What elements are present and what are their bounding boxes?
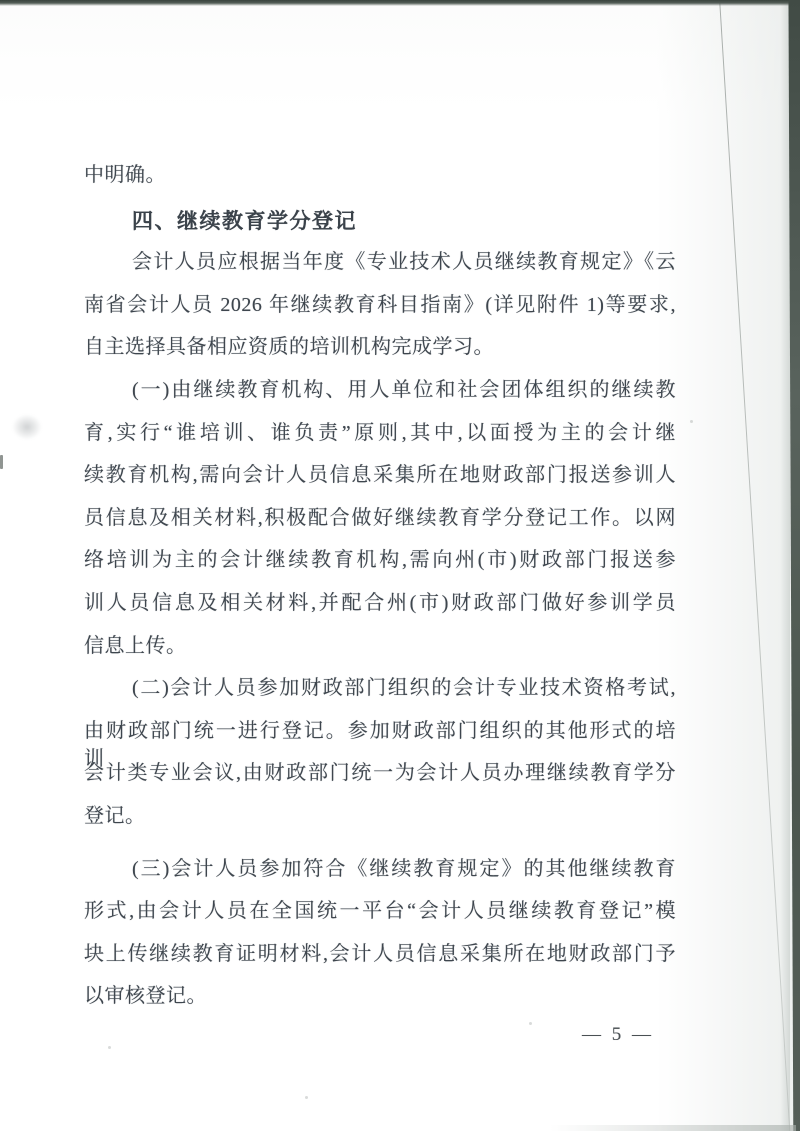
- dust-speck: [305, 1096, 308, 1099]
- dust-speck: [108, 1046, 111, 1049]
- text-line: (二)会计人员参加财政部门组织的会计专业技术资格考试,: [84, 674, 676, 702]
- document-page: 中明确。四、继续教育学分登记会计人员应根据当年度《专业技术人员继续教育规定》《云…: [0, 0, 800, 1131]
- scan-edge-bottom: [550, 1125, 796, 1131]
- page-number: — 5 —: [582, 1024, 654, 1046]
- scan-edge-top: [0, 0, 800, 6]
- text-line: 会计类专业会议,由财政部门统一为会计人员办理继续教育学分: [84, 759, 676, 787]
- text-line: 员信息及相关材料,积极配合做好继续教育学分登记工作。以网: [84, 504, 676, 532]
- text-line: 会计人员应根据当年度《专业技术人员继续教育规定》《云: [84, 248, 676, 276]
- section-heading: 四、继续教育学分登记: [84, 208, 676, 236]
- text-line: 形式,由会计人员在全国统一平台“会计人员继续教育登记”模: [84, 897, 676, 925]
- text-line: 训人员信息及相关材料,并配合州(市)财政部门做好参训学员: [84, 589, 676, 617]
- text-line: 育,实行“谁培训、谁负责”原则,其中,以面授为主的会计继: [84, 419, 676, 447]
- text-line: 块上传继续教育证明材料,会计人员信息采集所在地财政部门予: [84, 940, 676, 968]
- document-text-layer: 中明确。四、继续教育学分登记会计人员应根据当年度《专业技术人员继续教育规定》《云…: [0, 0, 800, 1131]
- text-line: 南省会计人员 2026 年继续教育科目指南》(详见附件 1)等要求,: [84, 291, 676, 319]
- edge-mark-artifact: [0, 455, 3, 469]
- text-line: 中明确。: [84, 161, 676, 189]
- dust-speck: [690, 420, 693, 423]
- text-line: 以审核登记。: [84, 982, 676, 1010]
- smudge-artifact: [12, 414, 42, 440]
- text-line: 登记。: [84, 802, 676, 830]
- text-line: (一)由继续教育机构、用人单位和社会团体组织的继续教: [84, 376, 676, 404]
- dust-speck: [529, 1022, 532, 1025]
- text-line: 续教育机构,需向会计人员信息采集所在地财政部门报送参训人: [84, 461, 676, 489]
- underlying-pages-edge: [780, 0, 790, 1131]
- text-line: (三)会计人员参加符合《继续教育规定》的其他继续教育: [84, 855, 676, 883]
- text-line: 络培训为主的会计继续教育机构,需向州(市)财政部门报送参: [84, 546, 676, 574]
- text-line: 信息上传。: [84, 632, 676, 660]
- text-line: 自主选择具备相应资质的培训机构完成学习。: [84, 333, 676, 361]
